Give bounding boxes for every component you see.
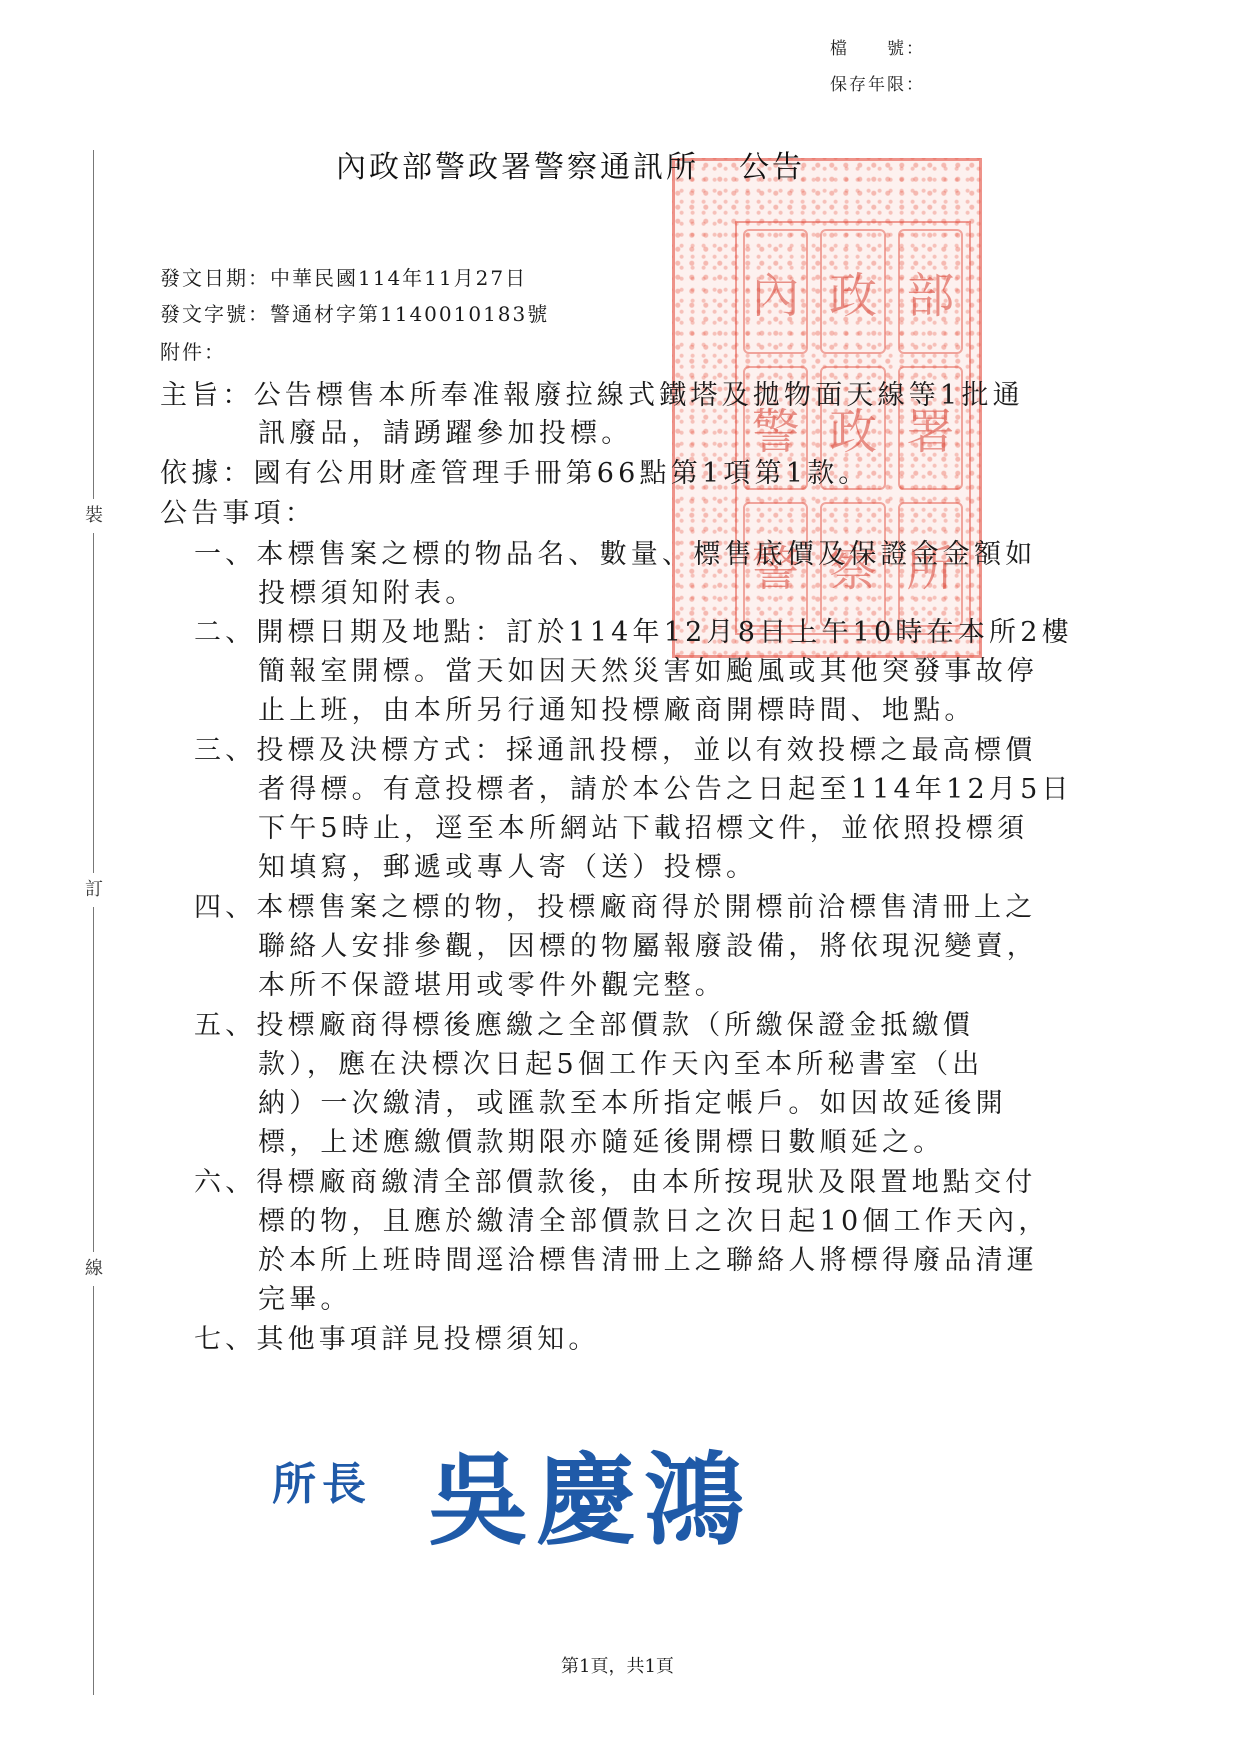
item-6-line-1: 六、得標廠商繳清全部價款後，由本所按現狀及限置地點交付 [194, 1169, 1036, 1196]
item-1-line-1: 一、本標售案之標的物品名、數量、標售底價及保證金金額如 [194, 541, 1036, 568]
item-6-line-2: 標的物，且應於繳清全部價款日之次日起10個工作天內， [258, 1208, 1050, 1235]
item-4-line-3: 本所不保證堪用或零件外觀完整。 [258, 972, 726, 999]
binding-label-xian: 線 [80, 1252, 108, 1286]
signature-title: 所長 [272, 1448, 372, 1512]
item-5-line-2: 款），應在決標次日起5個工作天內至本所秘書室（出 [258, 1051, 983, 1078]
binding-label-zhuang: 裝 [80, 499, 108, 533]
item-5-line-4: 標，上述應繳價款期限亦隨延後開標日數順延之。 [258, 1129, 944, 1156]
item-3-line-3: 下午5時止，逕至本所網站下載招標文件，並依照投標須 [258, 815, 1028, 842]
signature-name: 吳慶鴻 [428, 1420, 752, 1564]
item-3-line-1: 三、投標及決標方式：採通訊投標，並以有效投標之最高標價 [194, 737, 1036, 764]
issuing-agency: 內政部警政署警察通訊所 [336, 150, 699, 185]
item-3-line-2: 者得標。有意投標者，請於本公告之日起至114年12月5日 [258, 776, 1073, 803]
attachment-label: 附件： [160, 336, 226, 365]
binding-line [93, 150, 94, 1695]
binding-label-ding: 訂 [80, 873, 108, 907]
issue-date: 發文日期：中華民國114年11月27日 [160, 262, 527, 291]
file-number-label: 檔 號： [830, 34, 925, 59]
item-7-line-1: 七、其他事項詳見投標須知。 [194, 1326, 600, 1353]
item-2-line-3: 止上班，由本所另行通知投標廠商開標時間、地點。 [258, 697, 976, 724]
item-6-line-3: 於本所上班時間逕洽標售清冊上之聯絡人將標得廢品清運 [258, 1247, 1038, 1274]
seal-char: 政 [820, 229, 885, 354]
seal-glyph-grid: 內 政 部 警 政 署 警 察 所 [735, 221, 971, 635]
subject-line-1: 主旨：公告標售本所奉准報廢拉線式鐵塔及拋物面天線等1批通 [160, 382, 1024, 409]
item-5-line-1: 五、投標廠商得標後應繳之全部價款（所繳保證金抵繳價 [194, 1012, 974, 1039]
item-2-line-2: 簡報室開標。當天如因天然災害如颱風或其他突發事故停 [258, 658, 1038, 685]
retention-period-label: 保存年限： [830, 70, 925, 95]
subject-line-2: 訊廢品，請踴躍參加投標。 [258, 420, 632, 447]
seal-char: 內 [743, 229, 808, 354]
item-4-line-2: 聯絡人安排參觀，因標的物屬報廢設備，將依現況變賣， [258, 933, 1038, 960]
item-1-line-2: 投標須知附表。 [258, 580, 476, 607]
document-reference-number: 發文字號：警通材字第1140010183號 [160, 298, 549, 327]
document-type: 公告 [739, 150, 805, 185]
page-number: 第1頁，共1頁 [561, 1652, 674, 1678]
seal-char: 部 [898, 229, 963, 354]
item-5-line-3: 納）一次繳清，或匯款至本所指定帳戶。如因故延後開 [258, 1090, 1007, 1117]
item-6-line-4: 完畢。 [258, 1286, 352, 1313]
document-title: 內政部警政署警察通訊所公告 [336, 142, 805, 186]
item-3-line-4: 知填寫，郵遞或專人寄（送）投標。 [258, 854, 757, 881]
item-4-line-1: 四、本標售案之標的物，投標廠商得於開標前洽標售清冊上之 [194, 894, 1036, 921]
item-2-line-1: 二、開標日期及地點：訂於114年12月8日上午10時在本所2樓 [194, 619, 1073, 646]
announcement-items-heading: 公告事項： [160, 500, 316, 527]
legal-basis: 依據：國有公用財產管理手冊第66點第1項第1款。 [160, 460, 870, 487]
